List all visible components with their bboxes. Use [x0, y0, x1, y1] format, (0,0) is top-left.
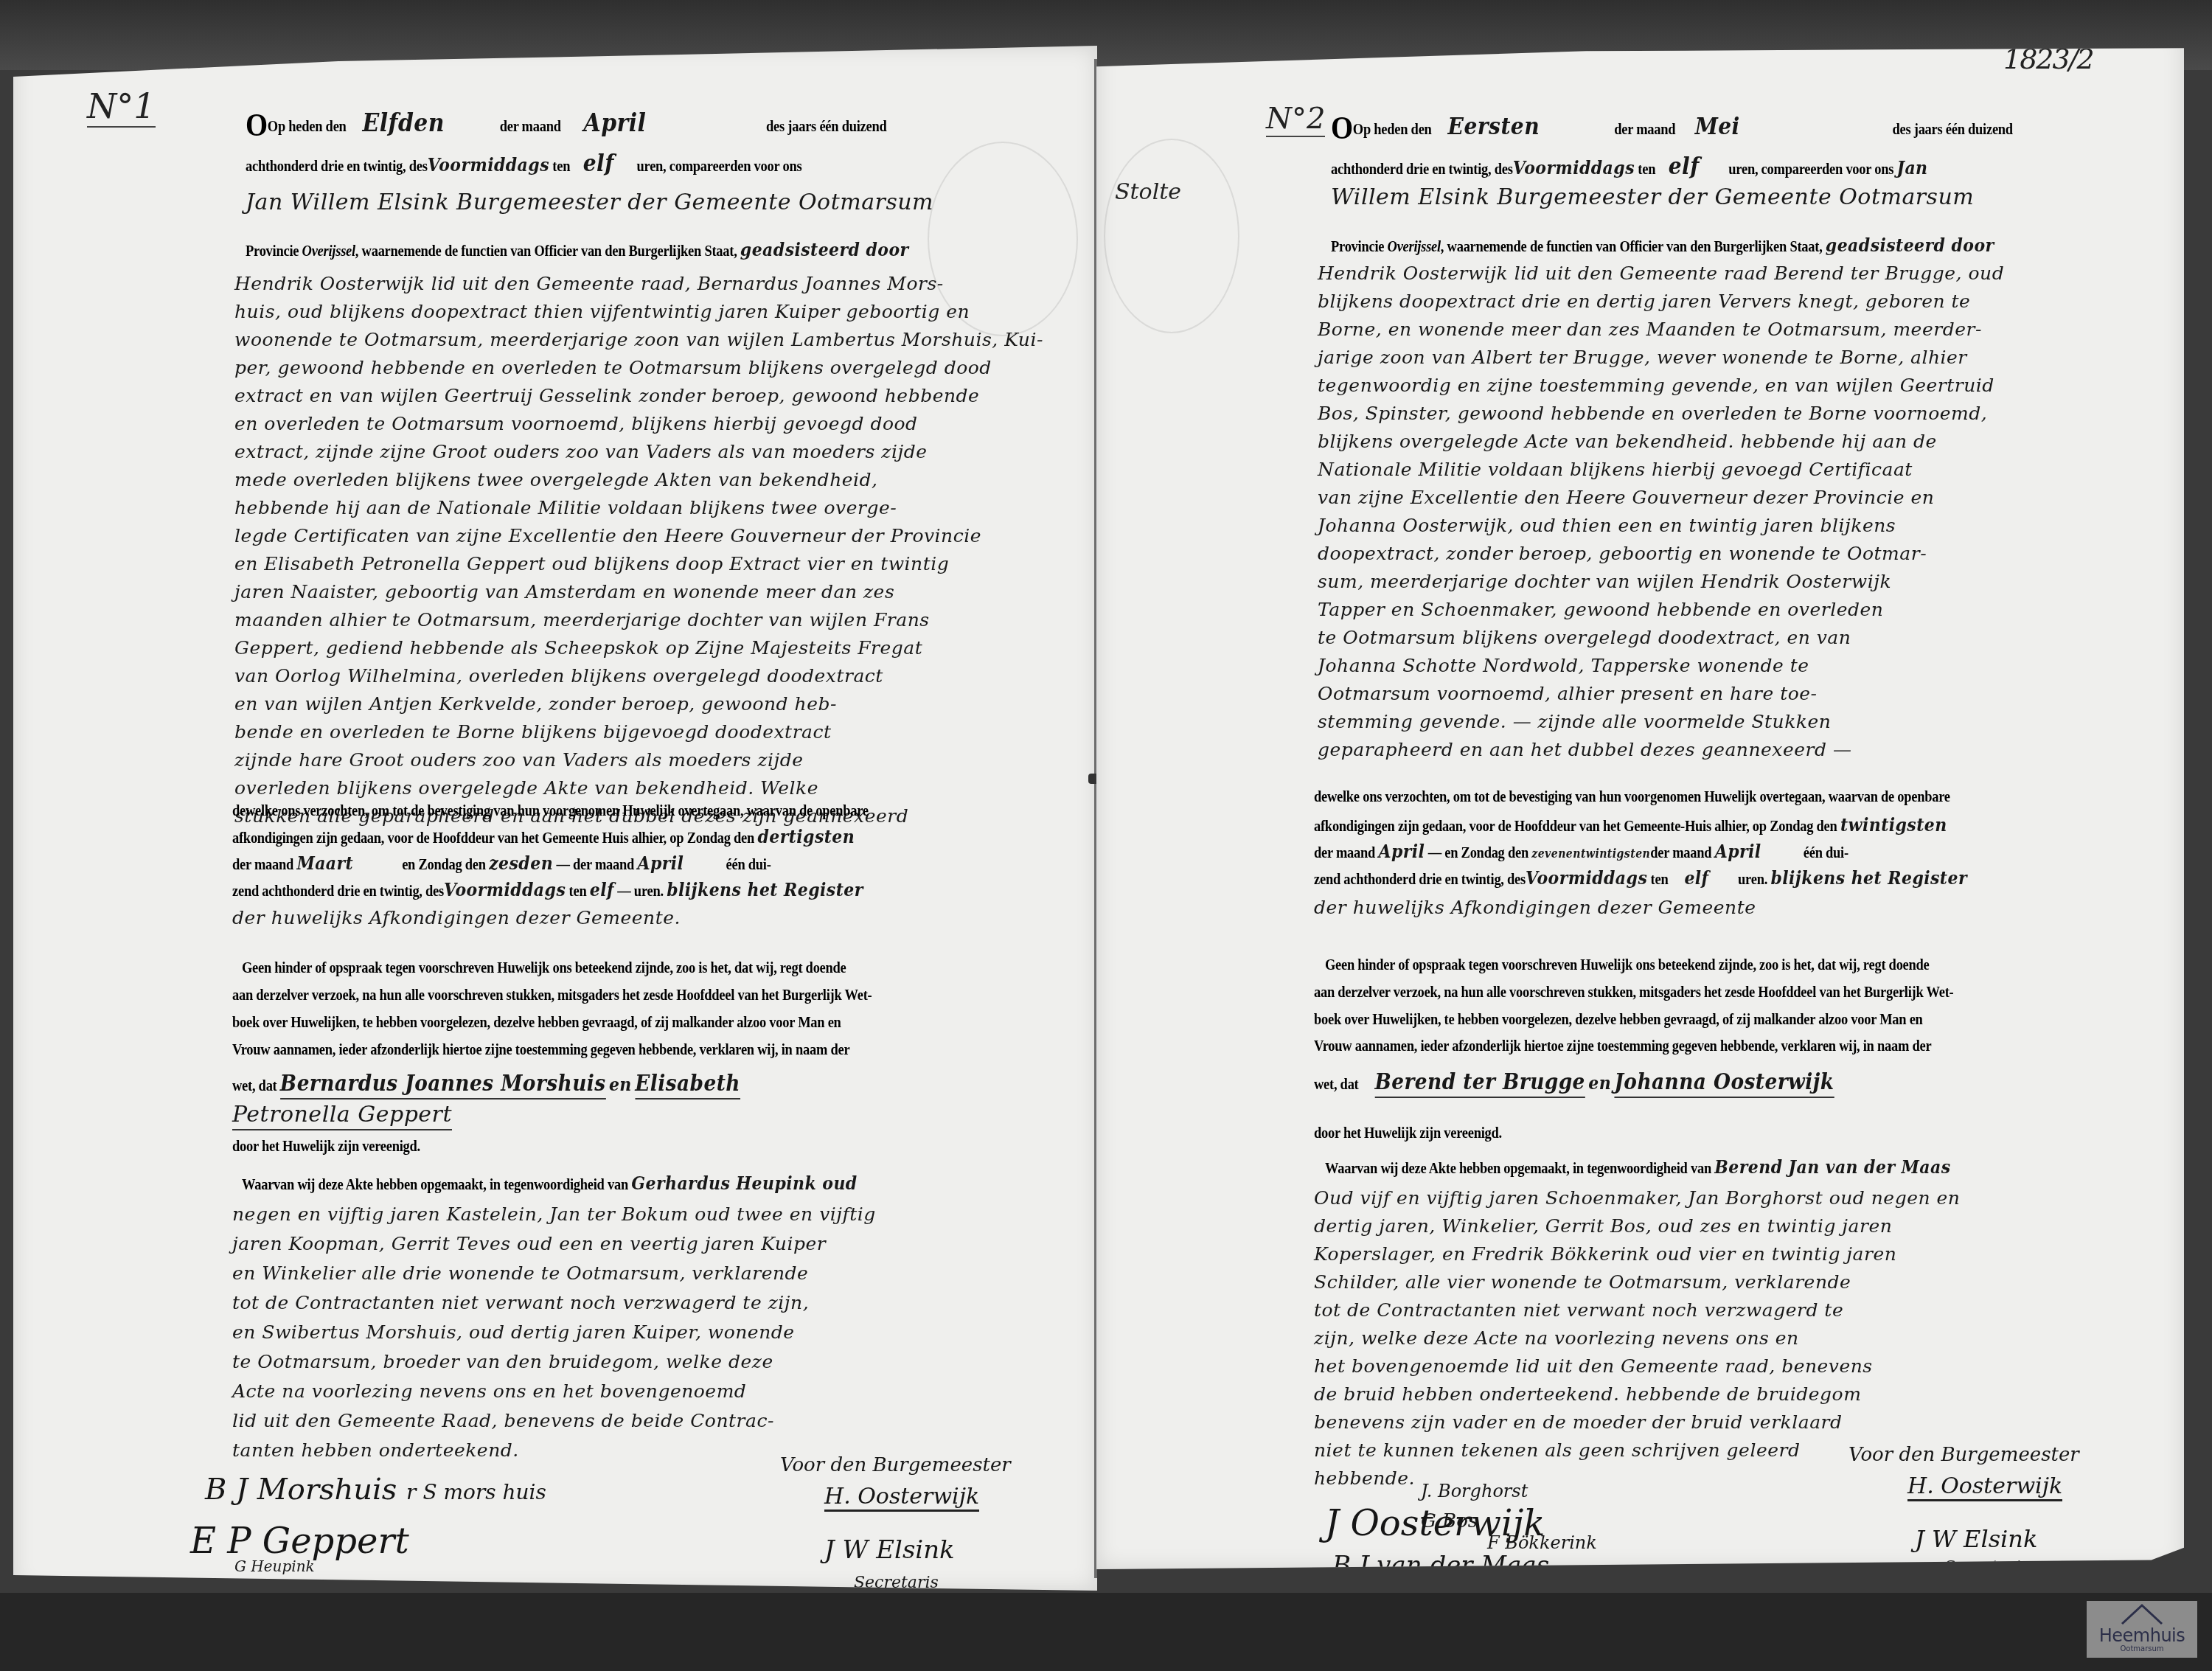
witness-line: negen en vijftig jaren Kastelein, Jan te…	[232, 1203, 876, 1225]
handwritten-text: twintigsten	[1840, 814, 1947, 835]
printed-text: Waarvan wij deze Akte hebben opgemaakt, …	[242, 1175, 628, 1193]
month-handwritten: Mei	[1695, 112, 1740, 140]
printed-text: der maand	[232, 855, 293, 873]
witness-line: benevens zijn vader en de moeder der bru…	[1314, 1411, 1843, 1433]
header-line-2: achthonderd drie en twintig, desVoormidd…	[246, 149, 801, 177]
publication-line-1: dewelke ons verzochten, om tot de bevest…	[1314, 788, 1950, 806]
signature-bride: E P Geppert	[190, 1521, 409, 1562]
witness-line: tot de Contractanten niet verwant noch v…	[1314, 1299, 1843, 1321]
body-line: per, gewoond hebbende en overleden te Oo…	[234, 357, 992, 378]
body-line: te Ootmarsum blijkens overgelegd doodext…	[1318, 627, 1851, 648]
body-line: tegenwoordig en zijne toestemming gevend…	[1318, 375, 1994, 396]
body-line: mede overleden blijkens twee overgelegde…	[234, 469, 877, 490]
signature-text: B J Morshuis	[205, 1473, 397, 1507]
handwritten-text: geadsisteerd door	[1826, 235, 1994, 256]
body-line: legde Certificaten van zijne Excellentie…	[234, 525, 981, 546]
bride-name: Johanna Oosterwijk	[1614, 1069, 1834, 1098]
witness-line: dertig jaren, Winkelier, Gerrit Bos, oud…	[1314, 1215, 1892, 1237]
heemhuis-logo: Heemhuis Ootmarsum	[2087, 1601, 2197, 1658]
body-line: geparapheerd en aan het dubbel dezes gea…	[1318, 739, 1851, 760]
body-line: hebbende hij aan de Nationale Militie vo…	[234, 497, 897, 518]
publication-line-2: afkondigingen zijn gedaan, voor de Hoofd…	[232, 826, 855, 847]
handwritten-text: blijkens het Register	[1770, 867, 1967, 889]
record-number: N°2	[1266, 102, 1325, 137]
signature-alderman: H. Oosterwijk	[824, 1484, 979, 1512]
margin-note: Stolte	[1115, 179, 1181, 205]
printed-text: — en Zondag den	[1428, 844, 1528, 861]
printed-text: wet, dat	[1314, 1075, 1359, 1093]
body-line: Johanna Schotte Nordwold, Tapperske wone…	[1318, 655, 1809, 676]
signature-registrar-title: Secretaris	[1944, 1558, 2029, 1578]
hour-handwritten: elf	[583, 149, 614, 177]
declaration-line: aan derzelver verzoek, na hun alle voors…	[1314, 983, 1953, 1001]
witness-line: zijn, welke deze Acte na voorlezing neve…	[1314, 1327, 1799, 1349]
body-line: extract en van wijlen Geertruij Gesselin…	[234, 385, 979, 406]
witness-line: en Winkelier alle drie wonende te Ootmar…	[232, 1262, 808, 1284]
handwritten-text: dertigsten	[757, 826, 855, 847]
signature-witness: G Heupink	[234, 1557, 315, 1575]
printed-text: uren, compareerden voor ons	[1728, 160, 1893, 178]
header-line-4: Provincie Overijssel, waarnemende de fun…	[1331, 235, 1994, 256]
official-name: Jan Willem Elsink Burgemeester der Gemee…	[246, 190, 933, 215]
printed-text: één dui-	[1804, 844, 1848, 861]
declaration-line-names: wet, dat Bernardus Joannes Morshuis en E…	[232, 1071, 740, 1097]
witness-line: tot de Contractanten niet verwant noch v…	[232, 1292, 809, 1313]
witness-line: niet te kunnen tekenen als geen schrijve…	[1314, 1439, 1800, 1461]
handwritten-text: zevenentwintigsten	[1531, 847, 1650, 861]
signature-witness: B J van der Maas	[1332, 1551, 1549, 1580]
publication-line-4: zend achthonderd drie en twintig, desVoo…	[1314, 867, 1967, 889]
handwritten-text: elf	[1684, 867, 1708, 889]
body-line: en van wijlen Antjen Kerkvelde, zonder b…	[234, 693, 837, 715]
printed-text: ten	[1638, 160, 1655, 178]
declaration-line: Geen hinder of opspraak tegen voorschrev…	[242, 959, 846, 977]
printed-text: der maand	[1314, 844, 1375, 861]
printed-text: afkondigingen zijn gedaan, voor de Hoofd…	[232, 829, 754, 847]
publication-line-3: der maand Maart en Zondag den zesden — d…	[232, 852, 771, 874]
printed-text: — uren.	[617, 882, 664, 900]
body-line: Ootmarsum voornoemd, alhier present en h…	[1318, 683, 1818, 704]
witnesses-intro: Waarvan wij deze Akte hebben opgemaakt, …	[242, 1173, 858, 1194]
publication-line-1: dewelke ons verzochten, om tot de bevest…	[232, 802, 869, 820]
printed-text: zend achthonderd drie en twintig, des	[1314, 870, 1526, 888]
body-line: Hendrik Oosterwijk lid uit den Gemeente …	[1318, 263, 2004, 284]
publication-line-2: afkondigingen zijn gedaan, voor de Hoofd…	[1314, 814, 1947, 835]
printed-text: ten	[552, 157, 570, 175]
printed-text: wet, dat	[232, 1077, 277, 1094]
handwritten-text: Berend Jan van der Maas	[1714, 1156, 1950, 1178]
printed-text: Provincie	[1331, 237, 1384, 255]
printed-text: der maand	[1650, 844, 1711, 861]
body-line: extract, zijnde zijne Groot ouders zoo v…	[234, 441, 928, 462]
province: Overijssel	[302, 242, 355, 260]
scanner-backdrop-bottom	[0, 1593, 2212, 1671]
printed-text: , waarnemende de functien van Officier v…	[1441, 237, 1823, 255]
bride-name-continued: Petronella Geppert	[232, 1102, 452, 1130]
witness-line: hebbende.	[1314, 1467, 1415, 1489]
witness-line: Koperslager, en Fredrik Bökkerink oud vi…	[1314, 1243, 1896, 1265]
printed-text: des jaars één duizend	[766, 117, 886, 135]
handwritten-text: zesden	[489, 852, 553, 874]
printed-text: , waarnemende de functien van Officier v…	[355, 242, 737, 260]
handwritten-text: blijkens het Register	[667, 879, 863, 900]
printed-text: één dui-	[726, 855, 771, 873]
left-page: N°1 OOp heden den Elfden der maand April…	[13, 46, 1097, 1591]
declaration-closing: door het Huwelijk zijn vereenigd.	[1314, 1124, 1502, 1142]
signature-label-for-mayor: Voor den Burgemeester	[780, 1454, 1011, 1476]
printed-text: uren.	[1738, 870, 1767, 888]
witness-line: het bovengenoemde lid uit den Gemeente r…	[1314, 1355, 1873, 1377]
body-line: zijnde hare Groot ouders zoo van Vaders …	[234, 749, 804, 771]
declaration-closing: door het Huwelijk zijn vereenigd.	[232, 1137, 420, 1156]
printed-text: der maand	[1614, 120, 1675, 138]
handwritten-text: April	[1715, 841, 1761, 862]
printed-text: zend achthonderd drie en twintig, des	[232, 882, 444, 900]
body-line: huis, oud blijkens doopextract thien vij…	[234, 301, 970, 322]
month-handwritten: April	[583, 108, 646, 138]
body-line: blijkens doopextract drie en dertig jare…	[1318, 291, 1970, 312]
declaration-line: aan derzelver verzoek, na hun alle voors…	[232, 986, 872, 1004]
embossed-seal	[1104, 139, 1239, 333]
signature-witness: J. Borghorst	[1421, 1481, 1528, 1501]
declaration-line: Vrouw aannamen, ieder afzonderlijk hiert…	[232, 1041, 849, 1059]
body-line: Hendrik Oosterwijk lid uit den Gemeente …	[234, 273, 944, 294]
record-number: N°1	[87, 86, 156, 128]
body-line: woonende te Ootmarsum, meerderjarige zoo…	[234, 329, 1043, 350]
declaration-line: boek over Huwelijken, te hebben voorgele…	[1314, 1010, 1923, 1029]
body-line: en Elisabeth Petronella Geppert oud blij…	[234, 553, 949, 574]
handwritten-text: April	[1378, 841, 1425, 862]
signature-registrar: J W Elsink	[824, 1535, 955, 1565]
printed-text: en Zondag den	[402, 855, 486, 873]
body-line: jaren Naaister, geboortig van Amsterdam …	[234, 581, 894, 602]
witness-line: de bruid hebben onderteekend. hebbende d…	[1314, 1383, 1861, 1405]
signature-alderman: H. Oosterwijk	[1907, 1473, 2062, 1501]
handwritten-text: Voormiddags	[444, 879, 566, 900]
body-line: Nationale Militie voldaan blijkens hierb…	[1318, 459, 1913, 480]
handwritten-text: Maart	[296, 852, 353, 874]
printed-text: Op heden den	[268, 117, 347, 135]
right-page: 1823/2 N°2 Stolte OOp heden den Eersten …	[1096, 28, 2184, 1569]
bride-name: Elisabeth	[635, 1071, 740, 1099]
body-line: sum, meerderjarige dochter van wijlen He…	[1318, 571, 1891, 592]
printed-text: — der maand	[556, 855, 634, 873]
signature-groom: B J Morshuis r S mors huis	[205, 1473, 546, 1507]
witness-line: Acte na voorlezing nevens ons en het bov…	[232, 1380, 746, 1402]
witness-line: tanten hebben onderteekend.	[232, 1439, 519, 1461]
roof-icon	[2119, 1603, 2165, 1625]
printed-text: achthonderd drie en twintig, des	[246, 157, 428, 175]
printed-text: des jaars één duizend	[1893, 120, 2013, 138]
body-line: stemming gevende. — zijnde alle voormeld…	[1318, 711, 1831, 732]
declaration-line: Geen hinder of opspraak tegen voorschrev…	[1325, 956, 1930, 974]
witness-line: te Ootmarsum, broeder van den bruidegom,…	[232, 1351, 773, 1372]
day-handwritten: Eersten	[1448, 112, 1540, 140]
signature-registrar-title: Secretaris	[854, 1574, 939, 1594]
printed-text: Op heden den	[1353, 120, 1432, 138]
body-line: bende en overleden te Borne blijkens bij…	[234, 721, 832, 743]
groom-name: Berend ter Brugge	[1374, 1069, 1585, 1098]
body-line: overleden blijkens overgelegde Akte van …	[234, 777, 818, 799]
body-line: van zijne Excellentie den Heere Gouverne…	[1318, 487, 1934, 508]
handwritten-text: en	[1588, 1072, 1611, 1094]
handwritten-text: en	[609, 1074, 632, 1095]
official-name: Willem Elsink Burgemeester der Gemeente …	[1331, 184, 1974, 210]
printed-text: Waarvan wij deze Akte hebben opgemaakt, …	[1325, 1159, 1711, 1177]
witness-line: jaren Koopman, Gerrit Teves oud een en v…	[232, 1233, 826, 1254]
body-line: Tapper en Schoenmaker, gewoond hebbende …	[1318, 599, 1883, 620]
handwritten-text: Voormiddags	[1526, 867, 1647, 889]
logo-name: Heemhuis	[2087, 1625, 2197, 1646]
body-line: Johanna Oosterwijk, oud thien een en twi…	[1318, 515, 1896, 536]
printed-text: ten	[1651, 870, 1669, 888]
publication-line-5: der huwelijks Afkondigingen dezer Gemeen…	[232, 907, 681, 928]
printed-text: achthonderd drie en twintig, des	[1331, 160, 1513, 178]
printed-text: ten	[569, 882, 587, 900]
header-line-1: OOp heden den Eersten der maand Mei des …	[1331, 109, 2013, 147]
publication-line-5: der huwelijks Afkondigingen dezer Gemeen…	[1314, 897, 1756, 918]
daypart-handwritten: Voormiddags	[428, 154, 549, 176]
day-handwritten: Elfden	[363, 108, 445, 138]
body-line: blijkens overgelegde Acte van bekendheid…	[1318, 431, 1937, 452]
printed-text: der maand	[500, 117, 561, 135]
header-line-2: achthonderd drie en twintig, desVoormidd…	[1331, 152, 1928, 180]
body-line: doopextract, zonder beroep, geboortig en…	[1318, 543, 1927, 564]
printed-text: uren, compareerden voor ons	[637, 157, 802, 175]
logo-place: Ootmarsum	[2087, 1645, 2197, 1653]
daypart-handwritten: Voormiddags	[1513, 157, 1635, 178]
witness-line: en Swibertus Morshuis, oud dertig jaren …	[232, 1321, 795, 1343]
body-line: van Oorlog Wilhelmina, overleden blijken…	[234, 665, 883, 687]
body-line: Bos, Spinster, gewoond hebbende en overl…	[1318, 403, 1987, 424]
printed-text: afkondigingen zijn gedaan, voor de Hoofd…	[1314, 817, 1837, 835]
publication-line-4: zend achthonderd drie en twintig, desVoo…	[232, 879, 863, 900]
witnesses-intro: Waarvan wij deze Akte hebben opgemaakt, …	[1325, 1156, 1951, 1178]
signature-witness: G Bos	[1421, 1510, 1478, 1532]
declaration-line-names: wet, dat Berend ter Brugge en Johanna Oo…	[1314, 1069, 1834, 1095]
body-line: en overleden te Ootmarsum voornoemd, bli…	[234, 413, 918, 434]
handwritten-text: April	[637, 852, 684, 874]
hour-handwritten: elf	[1669, 152, 1700, 180]
handwritten-text: elf	[590, 879, 614, 900]
handwritten-text: Gerhardus Heupink oud	[631, 1173, 857, 1194]
publication-line-3: der maand April — en Zondag den zevenent…	[1314, 841, 1848, 862]
declaration-line: boek over Huwelijken, te hebben voorgele…	[232, 1013, 841, 1032]
printed-text: Provincie	[246, 242, 299, 260]
witness-line: lid uit den Gemeente Raad, benevens de b…	[232, 1410, 774, 1431]
signature-label-for-mayor: Voor den Burgemeester	[1848, 1444, 2079, 1466]
signature-registrar: J W Elsink	[1915, 1525, 2037, 1553]
handwritten-text: Jan	[1897, 157, 1928, 178]
body-line: Borne, en wonende meer dan zes Maanden t…	[1318, 319, 1982, 340]
body-line: Geppert, gediend hebbende als Scheepskok…	[234, 637, 922, 659]
groom-name: Bernardus Joannes Morshuis	[280, 1071, 606, 1099]
province: Overijssel	[1388, 237, 1441, 255]
body-line: maanden alhier te Ootmarsum, meerderjari…	[234, 609, 930, 630]
witness-line: Oud vijf en vijftig jaren Schoenmaker, J…	[1314, 1187, 1960, 1209]
body-line: jarige zoon van Albert ter Brugge, wever…	[1318, 347, 1967, 368]
signature-witness: F Bökkerink	[1487, 1532, 1597, 1553]
signature-text: r S mors huis	[406, 1480, 546, 1504]
header-line-4: Provincie Overijssel, waarnemende de fun…	[246, 239, 909, 260]
header-line-1: OOp heden den Elfden der maand April des…	[246, 106, 886, 144]
handwritten-text: geadsisteerd door	[740, 239, 909, 260]
declaration-line: Vrouw aannamen, ieder afzonderlijk hiert…	[1314, 1037, 1931, 1055]
witness-line: Schilder, alle vier wonende te Ootmarsum…	[1314, 1271, 1851, 1293]
